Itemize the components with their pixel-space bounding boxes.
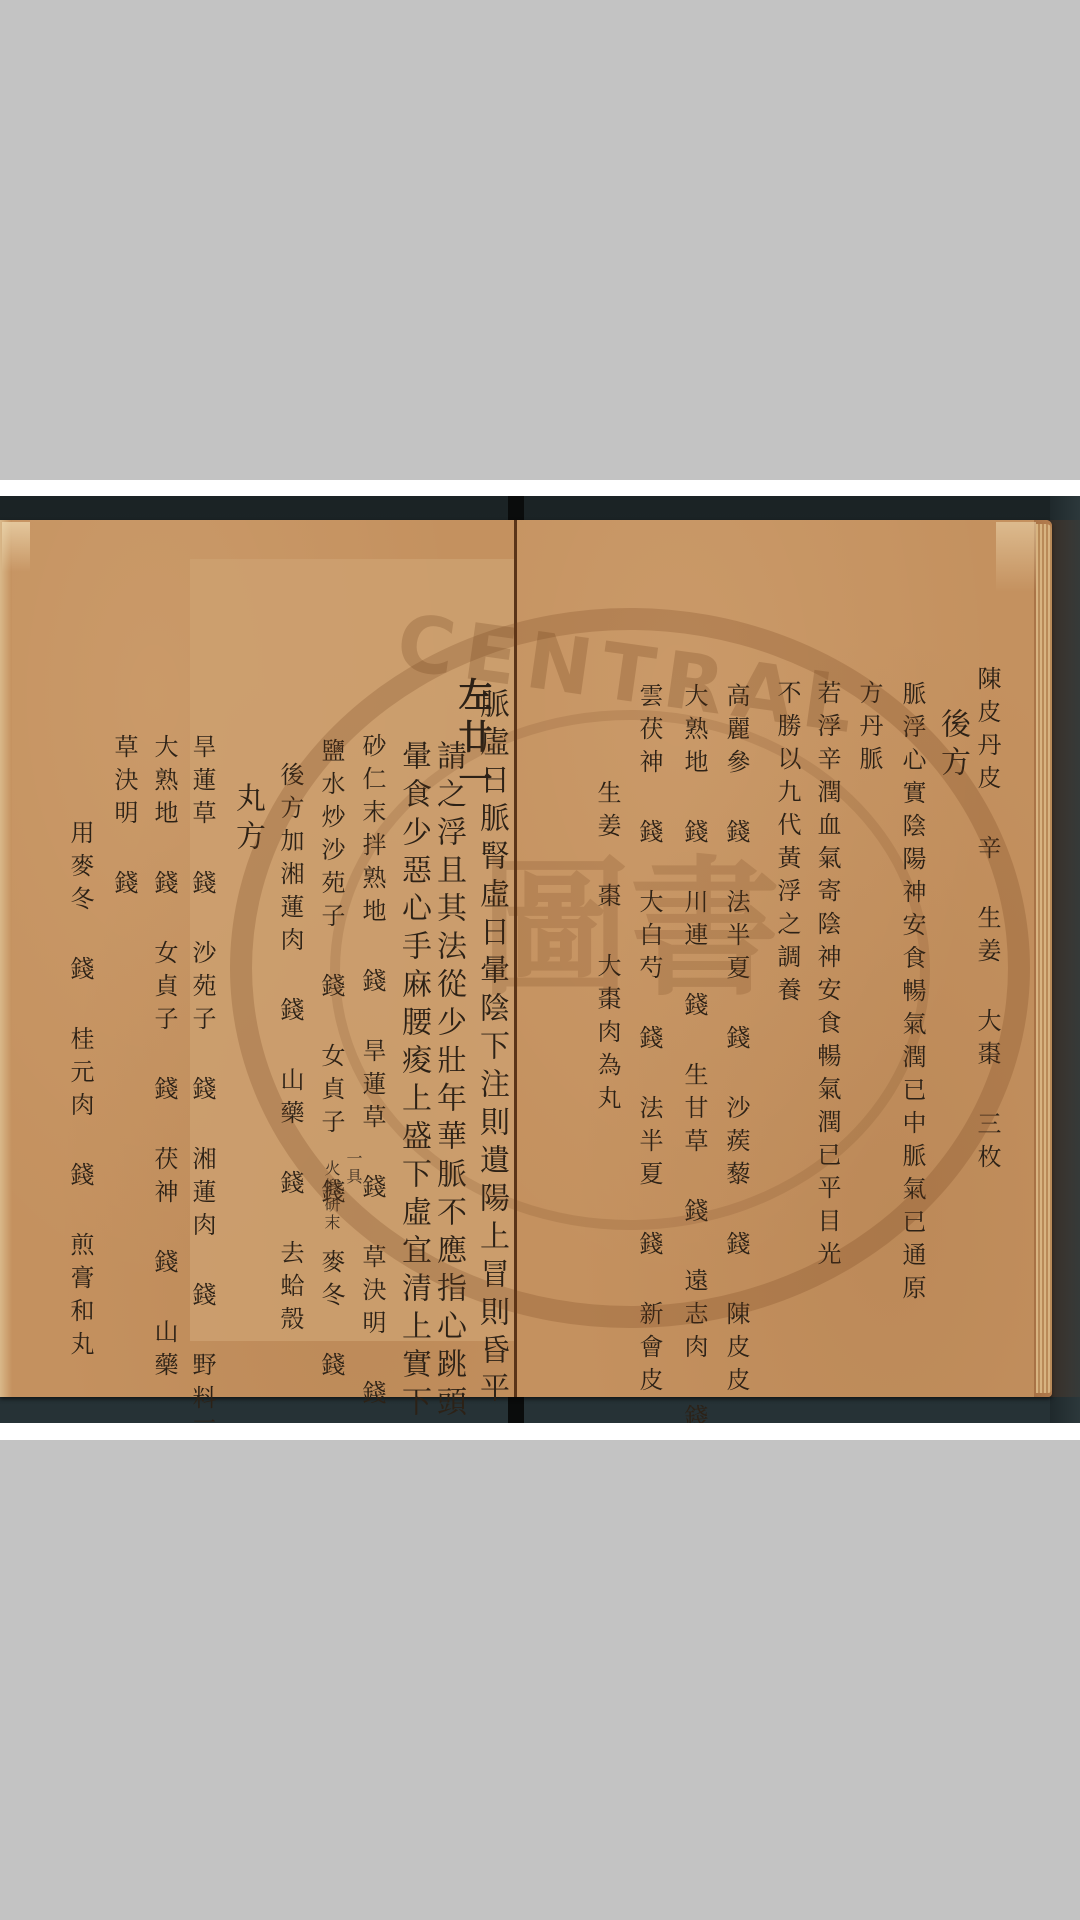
page-stack-edge bbox=[1036, 524, 1052, 1393]
left-page-edge bbox=[0, 520, 12, 1397]
manuscript-column: 陳皮丹皮 辛 生姜 大棗 三枚 bbox=[975, 666, 999, 1177]
open-book: 左廿一 脈虛日脈腎虛日暈陰下注則遺陽上冒則昏平 請之浮且其法從少壯年華脈不應指心… bbox=[0, 520, 1052, 1397]
manuscript-column-heading: 丸方 bbox=[232, 782, 262, 858]
library-stamp-center: 圖書 bbox=[430, 840, 830, 1220]
image-viewer-frame[interactable]: 左廿一 脈虛日脈腎虛日暈陰下注則遺陽上冒則昏平 請之浮且其法從少壯年華脈不應指心… bbox=[0, 480, 1080, 1440]
viewer-letterbox-top bbox=[0, 0, 1080, 480]
spine-shadow-bottom bbox=[508, 1396, 524, 1423]
manuscript-column-heading: 後方 bbox=[937, 708, 967, 784]
manuscript-column: 草決明 錢 bbox=[112, 734, 136, 903]
manuscript-column: 用麥冬 錢 桂元肉 錢 煎膏和丸 bbox=[68, 820, 92, 1364]
spine-shadow-top bbox=[508, 496, 524, 520]
viewer-letterbox-bottom bbox=[0, 1440, 1080, 1920]
manuscript-column: 大熟地 錢 女貞子 錢 茯神 錢 山藥 錢 bbox=[152, 734, 176, 1423]
manuscript-column: 後方加湘蓮肉 錢 山藥 錢 去蛤殼 bbox=[278, 762, 302, 1339]
manuscript-scan[interactable]: 左廿一 脈虛日脈腎虛日暈陰下注則遺陽上冒則昏平 請之浮且其法從少壯年華脈不應指心… bbox=[0, 496, 1080, 1423]
manuscript-column: 旱蓮草 錢 沙苑子 錢 湘蓮肉 錢 野料豆 錢 bbox=[190, 734, 214, 1423]
manuscript-column: 鹽水炒沙苑子 錢 女貞子 錢 麥冬 錢 上肉桂 一分 bbox=[319, 738, 343, 1423]
corner-wear bbox=[996, 522, 1036, 592]
manuscript-annotation: 一具 bbox=[345, 1150, 361, 1186]
corner-wear bbox=[2, 522, 30, 572]
